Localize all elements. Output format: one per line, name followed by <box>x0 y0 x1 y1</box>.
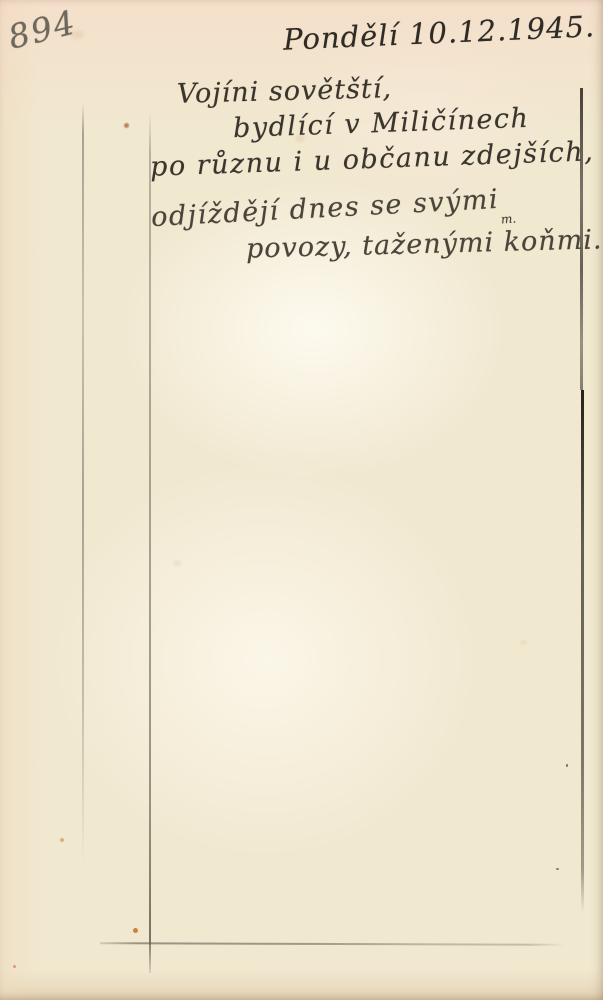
margin-rule-left-outer <box>82 103 84 866</box>
ink-speck <box>556 868 559 870</box>
foxing-spot <box>124 123 129 128</box>
foxing-spot <box>70 30 84 39</box>
foxing-spot <box>520 640 527 645</box>
insertion-mark: m. <box>501 211 517 226</box>
margin-rule-left-inner <box>149 112 151 973</box>
ink-speck <box>566 764 568 767</box>
margin-rule-right-lower <box>581 390 584 912</box>
foxing-spot <box>295 135 305 142</box>
handwriting-line: Vojíni sovětští, <box>177 73 393 110</box>
foxing-spot <box>133 928 138 933</box>
margin-rule-right-upper <box>580 88 583 390</box>
foxing-spot <box>60 838 64 842</box>
handwriting-line: odjíždějí dnes se svými <box>150 184 499 233</box>
foxing-spot <box>173 560 181 566</box>
handwriting-line: povozy, taženými koňmi. <box>246 224 603 264</box>
page-number: 894 <box>4 2 80 57</box>
scanned-page: 894 Pondělí 10.12.1945. Vojíni sovětští,… <box>0 0 603 1000</box>
foxing-spot <box>13 965 16 968</box>
handwriting-line: po různu i u občanu zdejších, <box>150 136 595 182</box>
footer-rule <box>100 942 565 946</box>
handwriting-line: bydlící v Miličínech <box>233 103 530 144</box>
entry-date: Pondělí 10.12.1945. <box>282 9 595 57</box>
